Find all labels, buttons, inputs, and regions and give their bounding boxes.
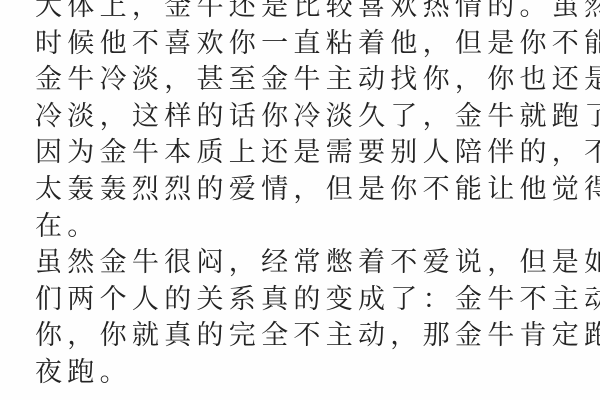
- text-line: 在。: [35, 209, 565, 246]
- paragraph-1: 大体上，金牛还是比较喜欢热情的。虽然有的 时候他不喜欢你一直粘着他，但是你不能老…: [35, 0, 565, 135]
- paragraph-2: 因为金牛本质上还是需要别人陪伴的，不需要 太轰轰烈烈的爱情，但是你不能让他觉得你…: [35, 135, 565, 245]
- document-page: 大体上，金牛还是比较喜欢热情的。虽然有的 时候他不喜欢你一直粘着他，但是你不能老…: [0, 0, 600, 400]
- text-line: 大体上，金牛还是比较喜欢热情的。虽然有的: [35, 0, 565, 26]
- text-line: 夜跑。: [35, 355, 565, 392]
- text-line: 太轰轰烈烈的爱情，但是你不能让他觉得你不: [35, 172, 565, 209]
- article-text: 大体上，金牛还是比较喜欢热情的。虽然有的 时候他不喜欢你一直粘着他，但是你不能老…: [35, 0, 565, 392]
- text-line: 们两个人的关系真的变成了：金牛不主动联系: [35, 282, 565, 319]
- text-line: 虽然金牛很闷，经常憋着不爱说，但是如果你: [35, 245, 565, 282]
- text-line: 你，你就真的完全不主动，那金牛肯定跑，连: [35, 318, 565, 355]
- text-line: 冷淡，这样的话你冷淡久了，金牛就跑了。: [35, 99, 565, 136]
- text-line: 因为金牛本质上还是需要别人陪伴的，不需要: [35, 135, 565, 172]
- paragraph-3: 虽然金牛很闷，经常憋着不爱说，但是如果你 们两个人的关系真的变成了：金牛不主动联…: [35, 245, 565, 391]
- text-line: 时候他不喜欢你一直粘着他，但是你不能老对: [35, 26, 565, 63]
- text-line: 金牛冷淡，甚至金牛主动找你，你也还是经常: [35, 62, 565, 99]
